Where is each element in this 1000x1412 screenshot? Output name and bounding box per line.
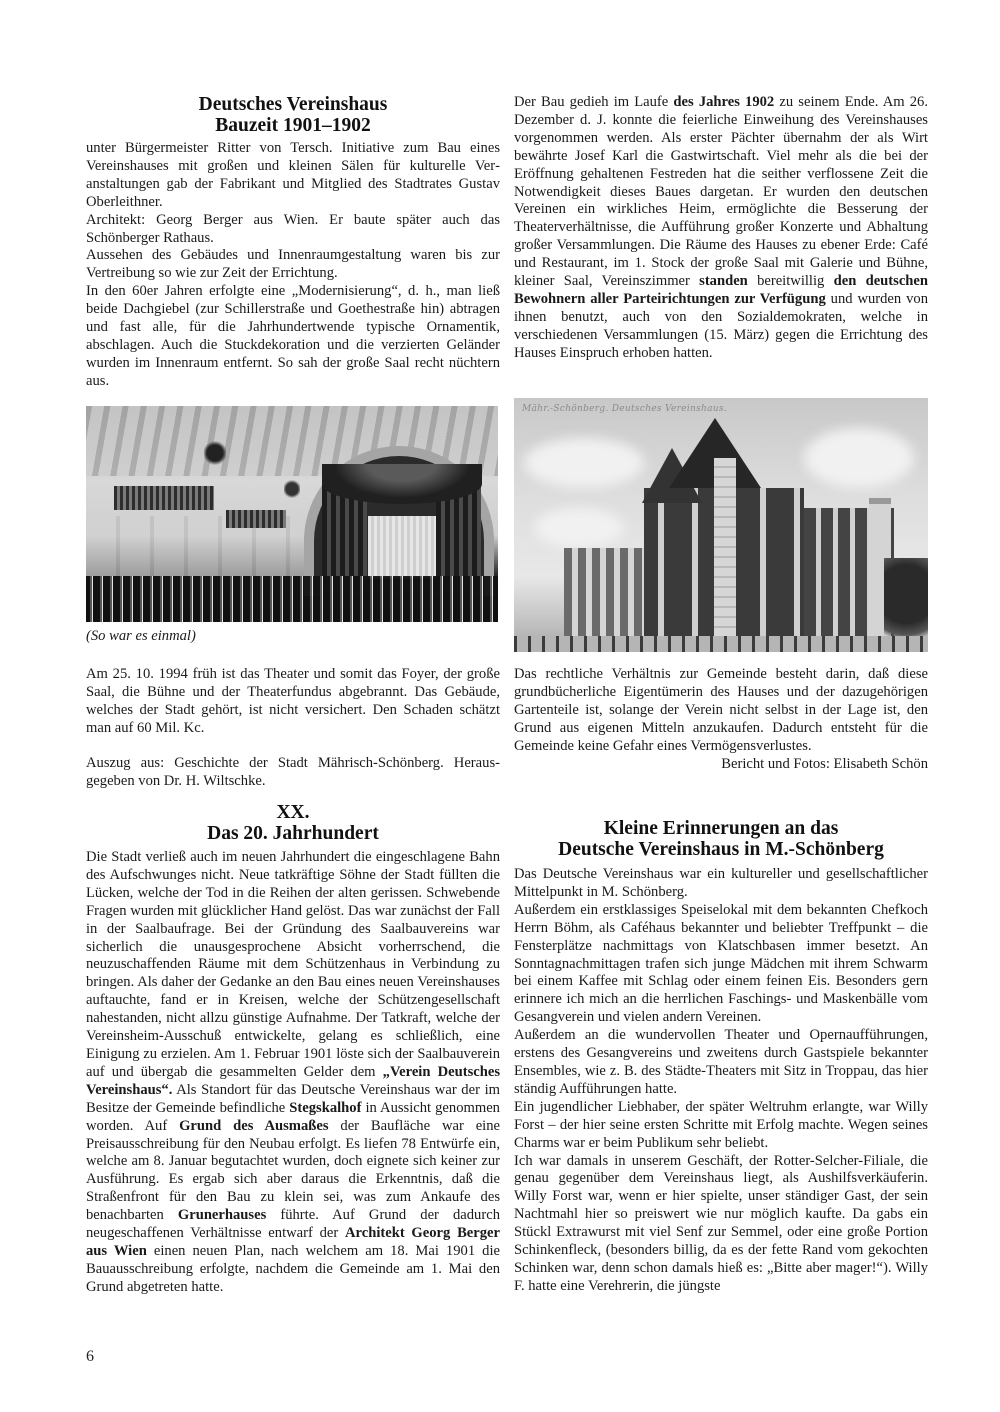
paragraph: Die Stadt verließ auch im neuen Jahrhund…: [86, 849, 500, 1297]
stage-backdrop: [368, 516, 436, 578]
article-kleine-erinnerungen: Kleine Erinnerungen an das Deutsche Vere…: [514, 818, 928, 1296]
chandelier-icon: [284, 476, 300, 502]
article-continuation-bau-1902: Der Bau gedieh im Laufe des Jahres 1902 …: [514, 94, 928, 363]
heading-line-1: Kleine Erinnerungen an das: [514, 818, 928, 839]
balcony-gallery: [226, 510, 286, 528]
bold-run: standen: [699, 273, 748, 289]
text-run: einen neuen Plan, nach welchem am 18. Ma…: [86, 1243, 500, 1295]
text-run: Die Stadt verließ auch im neuen Jahrhund…: [86, 849, 500, 1080]
paragraph: Architekt: Georg Berger aus Wien. Er bau…: [86, 212, 500, 248]
paragraph: Der Bau gedieh im Laufe des Jahres 1902 …: [514, 94, 928, 363]
trees: [884, 558, 928, 648]
article-heading: XX. Das 20. Jahrhundert: [86, 802, 500, 844]
building-left-wing: [564, 548, 646, 638]
paragraph: Außerdem an die wundervollen Theater und…: [514, 1027, 928, 1099]
photo-vereinshaus-postcard: Mähr.-Schönberg. Deutsches Vereinshaus.: [514, 398, 928, 652]
paragraph: Außerdem ein erstklassiges Speiselokal m…: [514, 902, 928, 1027]
building-corner-turret: [714, 458, 736, 638]
photo-theater-interior: [86, 406, 498, 622]
paragraph: Das rechtliche Verhältnis zur Gemeinde b…: [514, 666, 928, 756]
paragraph: Am 25. 10. 1994 früh ist das Theater und…: [86, 666, 500, 738]
heading-line-2: Deutsche Vereinshaus in M.-Schönberg: [514, 839, 928, 860]
audience-seats: [86, 576, 498, 622]
article-legal-relationship: Das rechtliche Verhältnis zur Gemeinde b…: [514, 666, 928, 773]
text-run: Der Bau gedieh im Laufe: [514, 94, 673, 110]
stage-drape: [322, 464, 482, 504]
paragraph: In den 60er Jahren erfolgte eine „Modern…: [86, 283, 500, 390]
article-vereinshaus-bauzeit: Deutsches Vereinshaus Bauzeit 1901–1902 …: [86, 94, 500, 391]
postcard-inscription: Mähr.-Schönberg. Deutsches Vereinshaus.: [522, 404, 727, 414]
bold-run: Grund des Ausmaßes: [179, 1118, 328, 1134]
heading-line-2: Bauzeit 1901–1902: [86, 115, 500, 136]
bold-run: des Jahres 1902: [673, 94, 774, 110]
street-with-people: [514, 636, 928, 652]
chandelier-icon: [204, 436, 226, 470]
heading-line-1: XX.: [86, 802, 500, 823]
article-heading: Deutsches Vereinshaus Bauzeit 1901–1902: [86, 94, 500, 136]
source-note: Auszug aus: Geschichte der Stadt Mährisc…: [86, 755, 500, 791]
bold-run: Grunerhauses: [178, 1207, 266, 1223]
cloud: [524, 438, 644, 488]
cloud: [534, 508, 624, 548]
heading-line-1: Deutsches Vereinshaus: [86, 94, 500, 115]
article-heading: Kleine Erinnerungen an das Deutsche Vere…: [514, 818, 928, 860]
article-fire-report: Am 25. 10. 1994 früh ist das Theater und…: [86, 666, 500, 790]
paragraph: Das Deutsche Vereinshaus war ein kulture…: [514, 866, 928, 902]
paragraph: Aussehen des Gebäudes und Innenraumgesta…: [86, 247, 500, 283]
photo-caption: (So war es einmal): [86, 628, 500, 646]
text-run: zu seinem Ende. Am 26. Dezember d. J. ko…: [514, 94, 928, 289]
article-20th-century: XX. Das 20. Jahrhundert Die Stadt verlie…: [86, 802, 500, 1297]
author-credit: Bericht und Fotos: Elisabeth Schön: [514, 756, 928, 774]
cloud: [804, 428, 914, 488]
paragraph: Ich war damals in unserem Geschäft, der …: [514, 1153, 928, 1296]
text-run: bereitwillig: [748, 273, 834, 289]
bold-run: Stegskalhof: [289, 1100, 361, 1116]
paragraph: unter Bürgermeister Ritter von Tersch. I…: [86, 140, 500, 212]
paragraph: Ein jugendlicher Liebhaber, der später W…: [514, 1099, 928, 1153]
balcony-gallery: [114, 486, 214, 510]
page-number: 6: [86, 1348, 94, 1366]
heading-line-2: Das 20. Jahrhundert: [86, 823, 500, 844]
